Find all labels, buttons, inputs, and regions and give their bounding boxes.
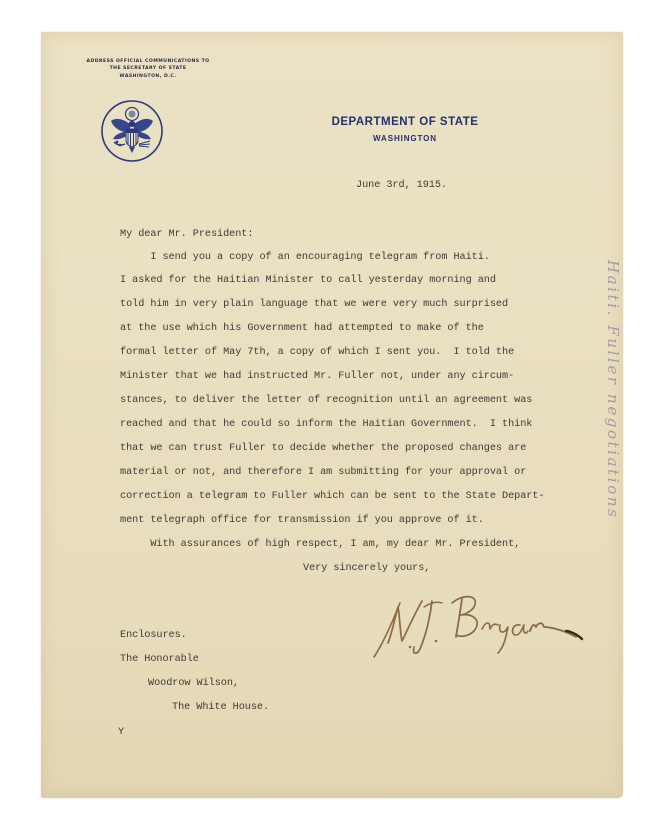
- addressee-line: Woodrow Wilson,: [148, 678, 239, 689]
- body-line: stances, to deliver the letter of recogn…: [120, 395, 532, 406]
- pencil-margin-annotation: Haiti. Fuller negotiations: [604, 260, 622, 519]
- great-seal-eagle-icon: [100, 99, 164, 163]
- body-line: I asked for the Haitian Minister to call…: [120, 275, 496, 286]
- letter-date: June 3rd, 1915.: [356, 180, 447, 191]
- salutation: My dear Mr. President:: [120, 229, 253, 240]
- body-line: told him in very plain language that we …: [120, 299, 508, 310]
- department-title: DEPARTMENT OF STATE: [310, 116, 500, 128]
- addressee-line: The White House.: [172, 702, 269, 713]
- address-line: WASHINGTON, D.C.: [74, 73, 222, 80]
- body-line: that we can trust Fuller to decide wheth…: [120, 443, 526, 454]
- addressee-line: The Honorable: [120, 654, 199, 665]
- enclosures-note: Enclosures.: [120, 630, 187, 641]
- body-line: material or not, and therefore I am subm…: [120, 467, 526, 478]
- body-line: correction a telegram to Fuller which ca…: [120, 491, 544, 502]
- body-line: formal letter of May 7th, a copy of whic…: [120, 347, 514, 358]
- address-instructions: ADDRESS OFFICIAL COMMUNICATIONS TO THE S…: [74, 58, 222, 80]
- body-line: I send you a copy of an encouraging tele…: [120, 252, 490, 263]
- handwritten-signature: [370, 585, 610, 665]
- body-line: at the use which his Government had atte…: [120, 323, 484, 334]
- address-line: THE SECRETARY OF STATE: [74, 65, 222, 72]
- body-line: ment telegraph office for transmission i…: [120, 515, 484, 526]
- body-line: reached and that he could so inform the …: [120, 419, 532, 430]
- complimentary-line: With assurances of high respect, I am, m…: [120, 539, 520, 550]
- body-line: Minister that we had instructed Mr. Full…: [120, 371, 514, 382]
- closing: Very sincerely yours,: [303, 563, 430, 574]
- department-city: WASHINGTON: [310, 134, 500, 143]
- typist-initial: Y: [118, 727, 124, 738]
- address-line: ADDRESS OFFICIAL COMMUNICATIONS TO: [74, 58, 222, 65]
